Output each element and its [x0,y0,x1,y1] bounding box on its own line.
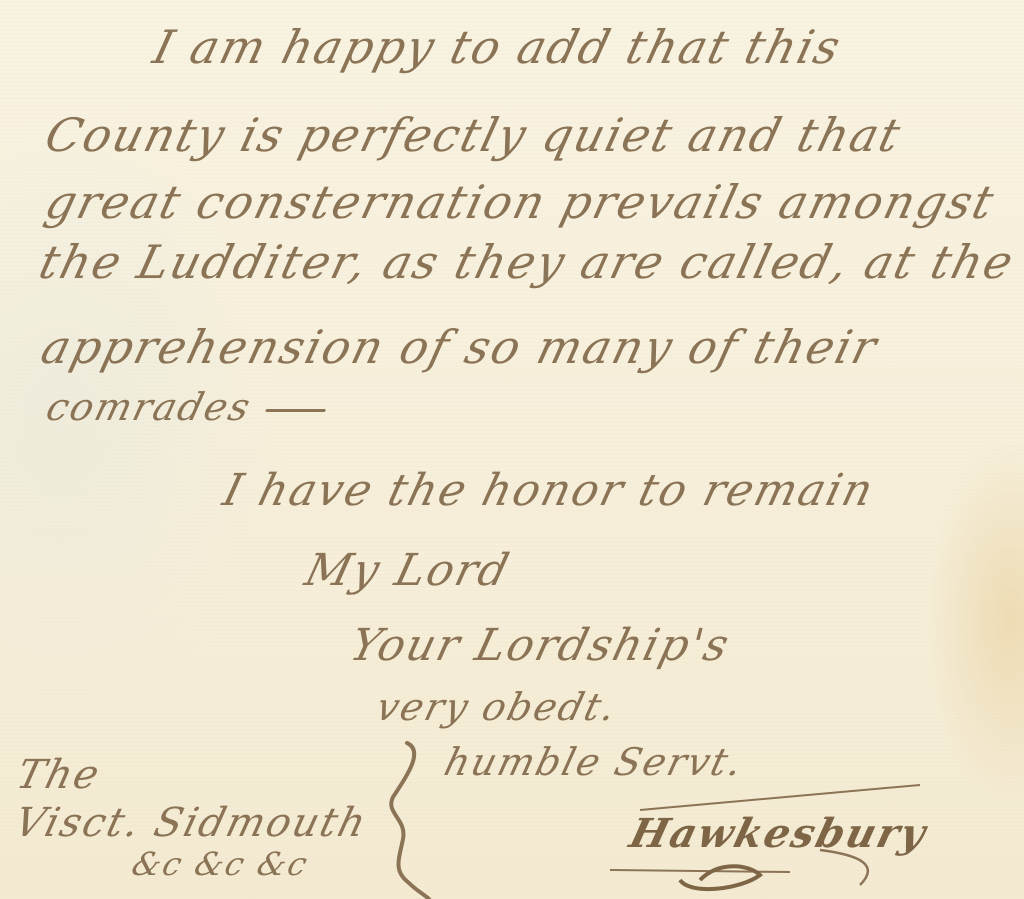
letter-page: I am happy to add that this County is pe… [0,0,1024,899]
addressee-line-2: Visct. Sidmouth [10,800,372,846]
body-line-3: great consternation prevails amongst [40,175,1001,229]
closing-line-4: very obedt. [372,685,622,729]
body-line-6: comrades [42,385,332,429]
curly-brace-mark [385,735,445,899]
body-line-4: the Ludditer, as they are called, at the [34,235,1020,289]
signature-flourish [590,780,930,899]
body-line-5: apprehension of so many of their [36,320,884,374]
addressee-line-1: The [12,752,106,798]
addressee-line-3: &c &c &c [128,845,313,883]
body-line-6-text: comrades [42,385,256,429]
closing-line-1: I have the honor to remain [218,465,880,516]
body-line-1: I am happy to add that this [148,20,847,74]
dash-stroke [266,409,327,412]
closing-line-5: humble Servt. [440,740,749,784]
closing-line-2: My Lord [300,545,516,596]
body-line-2: County is perfectly quiet and that [40,108,907,162]
closing-line-3: Your Lordship's [345,620,736,671]
